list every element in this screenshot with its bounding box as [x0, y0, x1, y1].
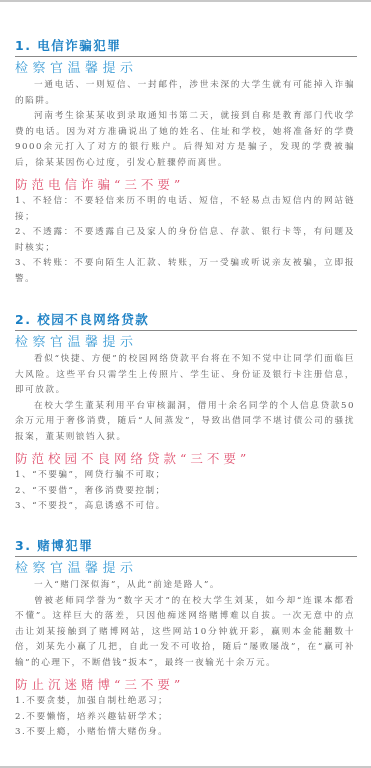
section-gambling: 3. 赌博犯罪 检察官温馨提示 一入“赌门深似海”，从此“前途是路人”。 曾被老… [15, 538, 355, 741]
section-campus-loans: 2. 校园不良网络贷款 检察官温馨提示 看似“快捷、方便”的校园网络贷款平台将在… [15, 312, 355, 515]
three-donts-heading: 防范电信诈骗“三不要” [15, 176, 355, 194]
prosecutor-tips-heading: 检察官温馨提示 [15, 334, 355, 352]
section-telecom-fraud: 1. 电信诈骗犯罪 检察官温馨提示 一通电话、一则短信、一封邮件，涉世未深的大学… [15, 38, 355, 287]
three-donts-heading: 防范校园不良网络贷款“三不要” [15, 450, 355, 468]
prosecutor-tips-heading: 检察官温馨提示 [15, 60, 355, 78]
paragraph: 一通电话、一则短信、一封邮件，涉世未深的大学生就有可能掉入诈骗的陷阱。 [15, 78, 355, 109]
rule-item: 3.不要上瘾，小赌怡情大赌伤身。 [15, 725, 355, 741]
paragraph: 在校大学生董某利用平台审核漏洞，借用十余名同学的个人信息贷款50余万元用于奢侈消… [15, 399, 355, 446]
section-title: 1. 电信诈骗犯罪 [15, 38, 357, 57]
section-title: 3. 赌博犯罪 [15, 538, 357, 557]
rule-item: 2.不要懒惰，培养兴趣钻研学术； [15, 710, 355, 726]
paragraph: 一入“赌门深似海”，从此“前途是路人”。 [15, 578, 355, 594]
rule-item: 2、不透露：不要透露自己及家人的身份信息、存款、银行卡等，有问题及时核实； [15, 225, 355, 256]
paragraph: 河南考生徐某某收到录取通知书第二天，就接到自称是教育部门代收学费的电话。因为对方… [15, 109, 355, 171]
paragraph: 看似“快捷、方便”的校园网络贷款平台将在不知不觉中让同学们面临巨大风险。这些平台… [15, 352, 355, 399]
rule-item: 3、不转账：不要向陌生人汇款、转账，万一受骗或听说亲友被骗，立即报警。 [15, 256, 355, 287]
top-border [0, 0, 371, 2]
prosecutor-tips-heading: 检察官温馨提示 [15, 560, 355, 578]
rule-item: 1、“不要骗”，网贷行骗不可取； [15, 468, 355, 484]
paragraph: 曾被老师同学誉为“数字天才”的在校大学生刘某，如今却“连课本都看不懂”。这样巨大… [15, 594, 355, 672]
rule-item: 1.不要贪婪，加强自制杜绝恶习； [15, 694, 355, 710]
three-donts-heading: 防止沉迷赌博“三不要” [15, 676, 355, 694]
rule-item: 2、“不要借”，奢侈消费要控制； [15, 484, 355, 500]
rule-item: 1、不轻信：不要轻信来历不明的电话、短信，不轻易点击短信内的网站链接； [15, 194, 355, 225]
rule-item: 3、“不要投”，高息诱惑不可信。 [15, 499, 355, 515]
section-title: 2. 校园不良网络贷款 [15, 312, 357, 331]
